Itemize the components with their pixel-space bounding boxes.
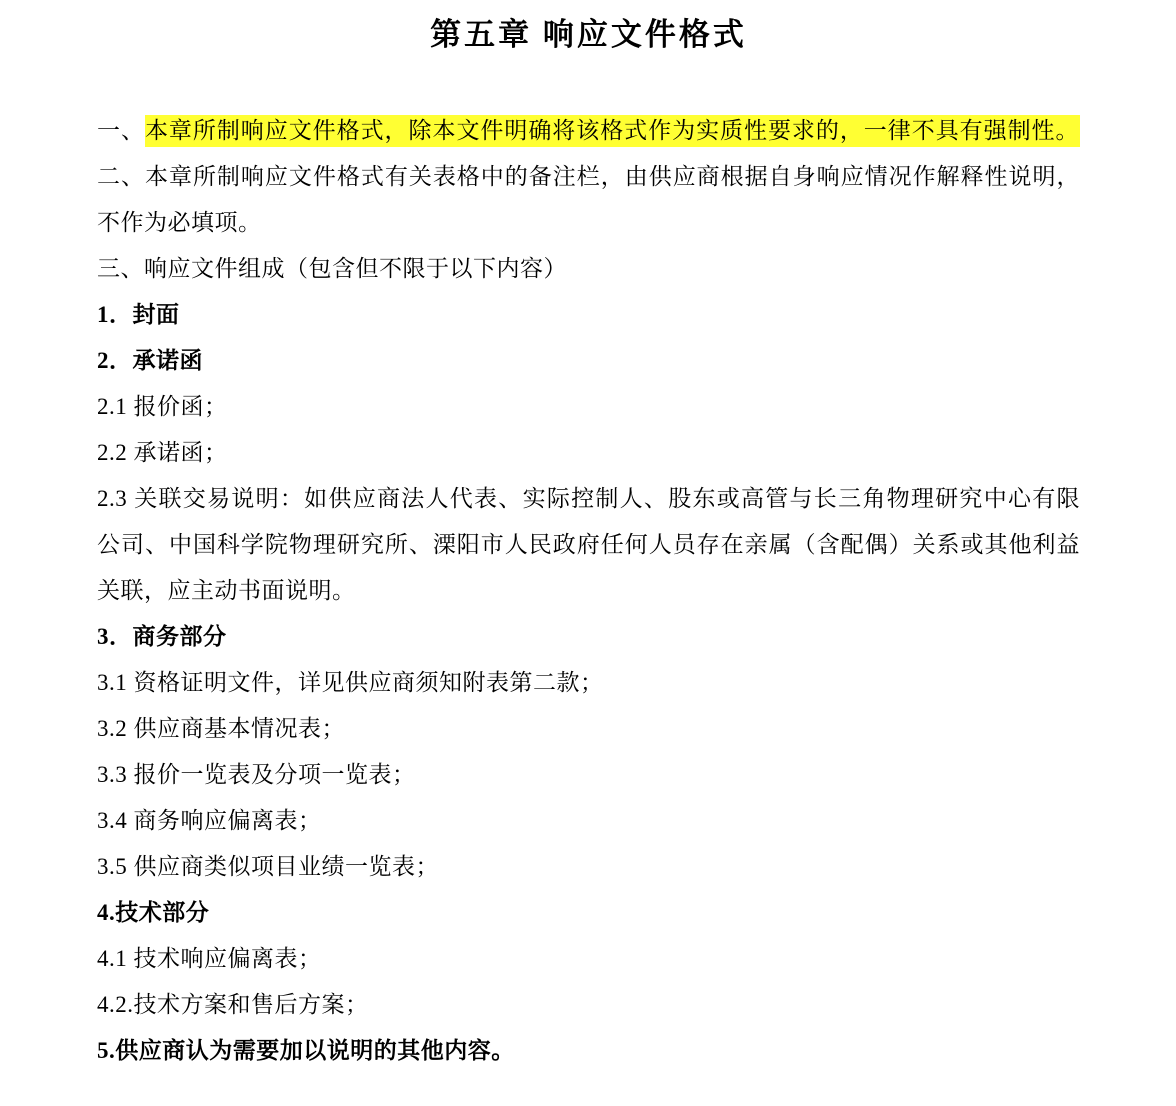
doc-line: 3.2 供应商基本情况表； [97, 706, 1080, 752]
highlighted-text: 本章所制响应文件格式，除本文件明确将该格式作为实质性要求的，一律不具有强制性。 [145, 115, 1080, 147]
doc-heading: 4.技术部分 [97, 890, 1080, 936]
doc-line-highlighted: 一、本章所制响应文件格式，除本文件明确将该格式作为实质性要求的，一律不具有强制性… [97, 108, 1080, 154]
page-title: 第五章 响应文件格式 [97, 12, 1080, 58]
doc-line: 2.1 报价函； [97, 384, 1080, 430]
doc-line: 公司、中国科学院物理研究所、溧阳市人民政府任何人员存在亲属（含配偶）关系或其他利… [97, 522, 1080, 568]
doc-line: 3.4 商务响应偏离表； [97, 798, 1080, 844]
doc-heading: 2．承诺函 [97, 338, 1080, 384]
document-page: 第五章 响应文件格式 一、本章所制响应文件格式，除本文件明确将该格式作为实质性要… [0, 0, 1176, 1106]
doc-line: 二、本章所制响应文件格式有关表格中的备注栏，由供应商根据自身响应情况作解释性说明… [97, 154, 1080, 200]
document-body: 一、本章所制响应文件格式，除本文件明确将该格式作为实质性要求的，一律不具有强制性… [97, 108, 1080, 1074]
doc-line: 3.3 报价一览表及分项一览表； [97, 752, 1080, 798]
doc-line: 3.1 资格证明文件，详见供应商须知附表第二款； [97, 660, 1080, 706]
doc-heading: 3．商务部分 [97, 614, 1080, 660]
doc-line: 4.1 技术响应偏离表； [97, 936, 1080, 982]
doc-line: 三、响应文件组成（包含但不限于以下内容） [97, 246, 1080, 292]
doc-heading: 1．封面 [97, 292, 1080, 338]
doc-line: 2.2 承诺函； [97, 430, 1080, 476]
doc-line: 不作为必填项。 [97, 200, 1080, 246]
doc-line: 3.5 供应商类似项目业绩一览表； [97, 844, 1080, 890]
doc-line: 关联，应主动书面说明。 [97, 568, 1080, 614]
doc-heading: 5.供应商认为需要加以说明的其他内容。 [97, 1028, 1080, 1074]
doc-line: 2.3 关联交易说明：如供应商法人代表、实际控制人、股东或高管与长三角物理研究中… [97, 476, 1080, 522]
list-marker: 一、 [97, 118, 145, 143]
doc-line: 4.2.技术方案和售后方案； [97, 982, 1080, 1028]
